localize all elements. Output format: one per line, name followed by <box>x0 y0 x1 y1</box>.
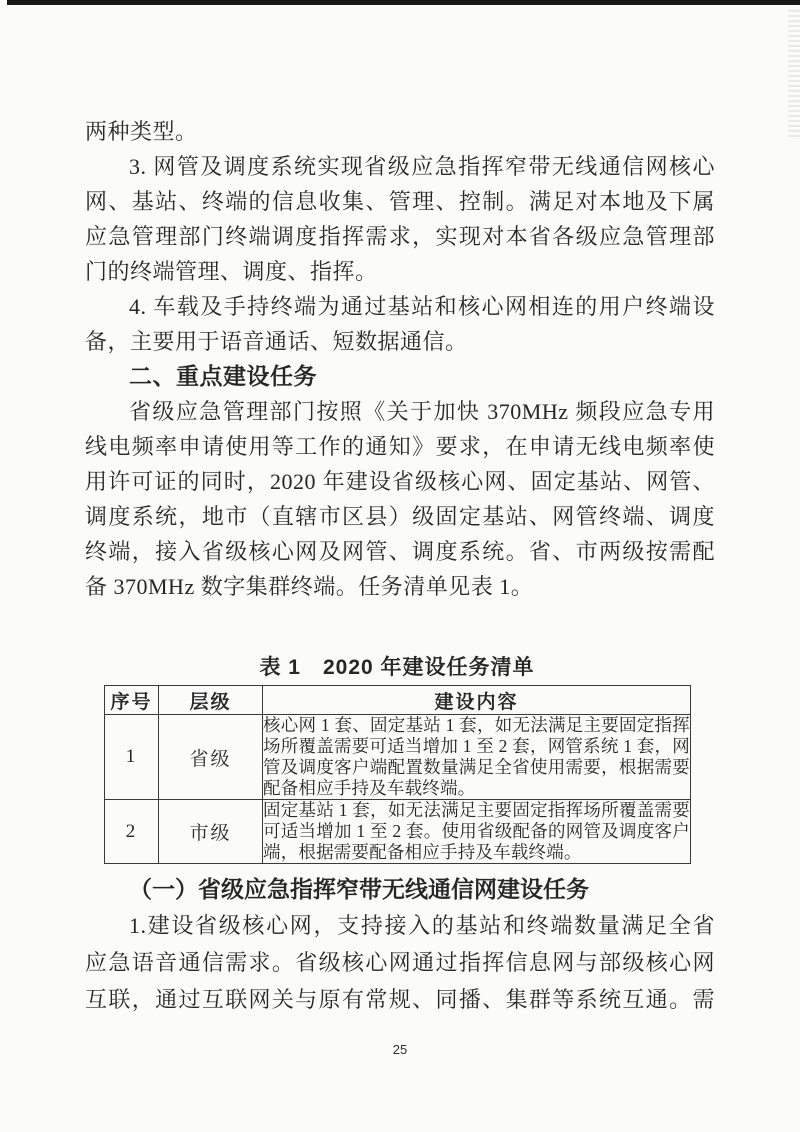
closing-paragraph: 1.建设省级核心网，支持接入的基站和终端数量满足全省 应急语音通信需求。省级核心… <box>85 907 715 1018</box>
scan-edge-artifact <box>7 0 800 5</box>
paragraph-line: 应急管理部门终端调度指挥需求，实现对本省各级应急管理部 <box>85 219 715 254</box>
cell-build-content: 核心网 1 套、固定基站 1 套，如无法满足主要固定指挥场所覆盖需要可适当增加 … <box>263 715 691 800</box>
paragraph-line: 互联，通过互联网关与原有常规、同播、集群等系统互通。需 <box>85 981 715 1018</box>
paragraph-line: 网、基站、终端的信息收集、管理、控制。满足对本地及下属 <box>85 184 715 219</box>
paragraph-line: 备，主要用于语音通话、短数据通信。 <box>85 324 715 359</box>
paragraph-line: 门的终端管理、调度、指挥。 <box>85 254 715 289</box>
table-row: 2 市级 固定基站 1 套，如无法满足主要固定指挥场所覆盖需要可适当增加 1 至… <box>105 800 691 864</box>
column-header-content: 建设内容 <box>263 686 691 715</box>
paragraph-line: 4. 车载及手持终端为通过基站和核心网相连的用户终端设 <box>85 289 715 324</box>
section-heading: 二、重点建设任务 <box>85 359 715 394</box>
paragraph-line: 线电频率申请使用等工作的通知》要求，在申请无线电频率使 <box>85 429 715 464</box>
table-title: 表 1 2020 年建设任务清单 <box>104 650 690 685</box>
subsection-heading: （一）省级应急指挥窄带无线通信网建设任务 <box>85 872 715 907</box>
paragraph-line: 两种类型。 <box>85 114 715 149</box>
paragraph-line: 终端，接入省级核心网及网管、调度系统。省、市两级按需配 <box>85 534 715 569</box>
paragraph-line: 用许可证的同时，2020 年建设省级核心网、固定基站、网管、 <box>85 464 715 499</box>
page-number: 25 <box>0 1042 800 1057</box>
document-content: 两种类型。 3. 网管及调度系统实现省级应急指挥窄带无线通信网核心 网、基站、终… <box>85 114 715 1018</box>
cell-row-no: 1 <box>105 715 159 800</box>
paragraph-line: 调度系统，地市（直辖市区县）级固定基站、网管终端、调度 <box>85 499 715 534</box>
cell-build-content: 固定基站 1 套，如无法满足主要固定指挥场所覆盖需要可适当增加 1 至 2 套。… <box>263 800 691 864</box>
paragraph-line: 1.建设省级核心网，支持接入的基站和终端数量满足全省 <box>85 907 715 944</box>
paragraph-line: 省级应急管理部门按照《关于加快 370MHz 频段应急专用无 <box>85 394 715 429</box>
paragraph-line: 应急语音通信需求。省级核心网通过指挥信息网与部级核心网 <box>85 944 715 981</box>
column-header-level: 层级 <box>159 686 263 715</box>
construction-task-table: 序号 层级 建设内容 1 省级 核心网 1 套、固定基站 1 套，如无法满足主要… <box>104 685 691 864</box>
cell-row-no: 2 <box>105 800 159 864</box>
paragraph-line: 备 370MHz 数字集群终端。任务清单见表 1。 <box>85 569 715 604</box>
document-page: 两种类型。 3. 网管及调度系统实现省级应急指挥窄带无线通信网核心 网、基站、终… <box>0 0 800 1132</box>
cell-level: 市级 <box>159 800 263 864</box>
cell-level: 省级 <box>159 715 263 800</box>
table-header-row: 序号 层级 建设内容 <box>105 686 691 715</box>
table-row: 1 省级 核心网 1 套、固定基站 1 套，如无法满足主要固定指挥场所覆盖需要可… <box>105 715 691 800</box>
column-header-no: 序号 <box>105 686 159 715</box>
paragraph-line: 3. 网管及调度系统实现省级应急指挥窄带无线通信网核心 <box>85 149 715 184</box>
scan-noise-artifact <box>788 10 800 140</box>
